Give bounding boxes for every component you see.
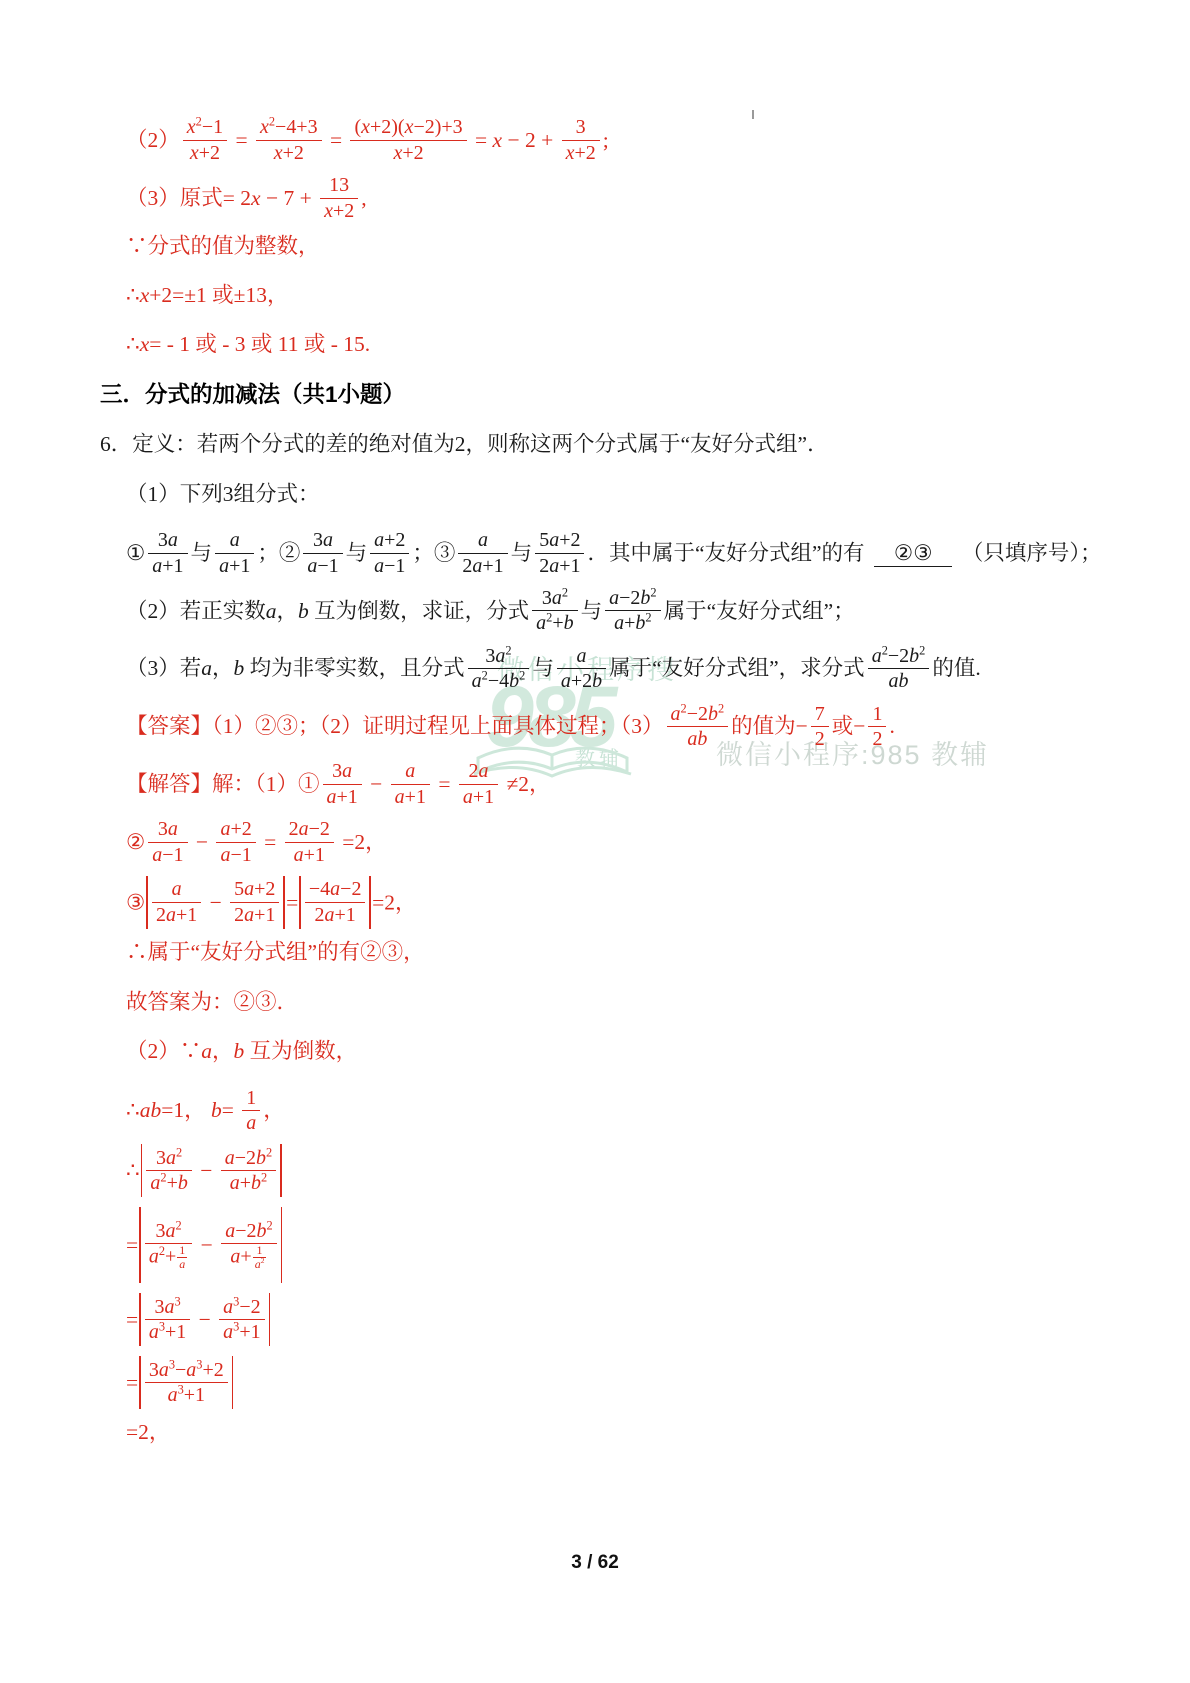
abs-value-bar	[281, 1207, 283, 1283]
sol-because-line: ∵分式的值为整数，	[100, 234, 1140, 259]
math-fraction: 3a2a2+b	[532, 587, 577, 635]
math-fraction: a+2a−1	[370, 529, 409, 577]
math-fraction: a2−2b2ab	[868, 645, 930, 693]
sol-part2-equation: （2）x2−1x+2 = x2−4+3x+2 = (x+2)(x−2)+3x+2…	[100, 118, 1140, 166]
math-fraction: 3a2a2−4b2	[468, 645, 530, 693]
math-fraction: 3a3−a3+2a3+1	[145, 1359, 228, 1407]
text-run: ∵分式的值为整数，	[126, 234, 320, 258]
explain2-abs-step1: ∴3a2a2+b − a−2b2a+b2	[100, 1146, 1140, 1199]
math-run: ;	[603, 128, 609, 152]
math-run: 的值为−	[731, 714, 808, 738]
content: （2）x2−1x+2 = x2−4+3x+2 = (x+2)(x−2)+3x+2…	[0, 0, 1190, 1446]
math-run: = 2x − 7 +	[223, 186, 317, 210]
answer-line: 【答案】（1）②③；（2）证明过程见上面具体过程；（3）a2−2b2ab的值为−…	[100, 704, 1140, 752]
explain2-because: （2）∵a，b 互为倒数，	[100, 1039, 1140, 1064]
explain2-abs-step3: =3a3a3+1 − a3−2a3+1	[100, 1295, 1140, 1348]
math-fraction: 2aa+1	[459, 760, 498, 808]
math-run: = x − 2 +	[470, 128, 559, 152]
abs-value-bar	[146, 876, 148, 929]
abs-value-bar	[283, 876, 285, 929]
sol-part3-equation: （3）原式= 2x − 7 + 13x+2,	[100, 176, 1140, 224]
math-run: =	[325, 128, 348, 152]
math-run: =	[259, 830, 282, 854]
abs-value-bar	[139, 1207, 141, 1283]
abs-value-bar	[299, 876, 301, 929]
math-run: =	[286, 890, 298, 914]
section-heading: 三．分式的加减法（共1小题）	[100, 382, 1140, 409]
math-run: ②	[126, 830, 145, 854]
explain-conclusion-1: ∴属于“友好分式组”的有②③，	[100, 940, 1140, 965]
math-run: （3）若a，b 均为非零实数，且分式	[126, 656, 465, 680]
abs-value-bar	[139, 1293, 141, 1346]
text-run: ∴属于“友好分式组”的有②③，	[126, 940, 425, 964]
text-run: （2）	[126, 128, 180, 152]
math-fraction: a2−2b2ab	[667, 703, 729, 751]
math-run: −	[193, 1307, 216, 1331]
math-fraction: a−2b2a+1a2	[221, 1220, 276, 1272]
math-fraction: a+2a−1	[216, 818, 255, 866]
text-run: 与	[191, 541, 213, 565]
math-fraction: 1a2	[253, 1244, 267, 1270]
problem6-q2: （2）若正实数a，b 互为倒数，求证，分式3a2a2+b与a−2b2a+b2属于…	[100, 589, 1140, 637]
text-run: 【答案】（1）②③；（2）证明过程见上面具体过程；（3）	[126, 714, 664, 738]
math-fraction: 3x+2	[562, 116, 600, 164]
math-run: −	[195, 1233, 218, 1257]
math-run: ∴x+2=±1 或±13，	[126, 283, 288, 307]
math-run: ，	[263, 1098, 285, 1122]
math-fraction: a2a+1	[458, 529, 507, 577]
math-fraction: aa+2b	[557, 645, 606, 693]
math-run: 属于“友好分式组”，求分式	[609, 656, 865, 680]
explain2-ab1: ∴ab=1， b= 1a，	[100, 1088, 1140, 1136]
math-run: −	[195, 1158, 218, 1182]
problem6-q1-fractions: ①3aa+1与aa+1；②3aa−1与a+2a−1；③a2a+1与5a+22a+…	[100, 531, 1140, 579]
text-run: 三．分式的加减法（共1小题）	[100, 382, 405, 407]
text-run: 与	[581, 599, 603, 623]
text-run: （1）下列3组分式：	[126, 482, 320, 506]
math-fraction: a−2b2a+b2	[605, 587, 660, 635]
problem6-statement: 6．定义：若两个分式的差的绝对值为2，则称这两个分式属于“友好分式组”．	[100, 432, 1140, 457]
explain-line-2: ②3aa−1 − a+2a−1 = 2a−2a+1 =2，	[100, 820, 1140, 868]
abs-value-bar	[280, 1144, 282, 1197]
math-run: ①	[126, 541, 145, 565]
abs-value-bar	[369, 876, 371, 929]
explain-conclusion-2: 故答案为：②③．	[100, 990, 1140, 1015]
math-run: =	[433, 772, 456, 796]
math-run: ∴ab=1， b=	[126, 1098, 239, 1122]
math-run: −	[365, 772, 388, 796]
math-fraction: 3aa−1	[148, 818, 187, 866]
math-fraction: 13x+2	[320, 174, 358, 222]
explain-line-3: ③a2a+1 − 5a+22a+1=−4a−22a+1=2，	[100, 878, 1140, 931]
math-fraction: 3a2a2+1a	[145, 1220, 192, 1272]
math-run: ；③	[412, 541, 455, 565]
math-run: .	[889, 714, 894, 738]
math-fraction: aa+1	[391, 760, 430, 808]
math-fraction: 5a+22a+1	[230, 878, 279, 926]
math-fraction: x2−4+3x+2	[256, 116, 322, 164]
math-fraction: a2a+1	[152, 878, 201, 926]
math-run: =2，	[126, 1420, 170, 1444]
math-fraction: a3−2a3+1	[219, 1296, 264, 1344]
math-run: =2，	[337, 830, 387, 854]
math-run: ≠2，	[501, 772, 550, 796]
explain2-result: =2，	[100, 1420, 1140, 1445]
text-run: 【解答】解：（1）①	[126, 772, 320, 796]
math-fraction: 1a	[177, 1244, 187, 1270]
math-run: （2）∵a，b 互为倒数，	[126, 1039, 357, 1063]
math-run: 6．定义：若两个分式的差的绝对值为2，则称这两个分式属于“友好分式组”．	[100, 432, 829, 456]
problem6-q3: （3）若a，b 均为非零实数，且分式3a2a2−4b2与aa+2b属于“友好分式…	[100, 646, 1140, 694]
problem6-q1-label: （1）下列3组分式：	[100, 482, 1140, 507]
abs-value-bar	[232, 1356, 234, 1409]
explain-line-1: 【解答】解：（1）①3aa+1 − aa+1 = 2aa+1 ≠2，	[100, 762, 1140, 810]
answer-blank: ②③	[874, 541, 953, 567]
math-run: 或−	[832, 714, 866, 738]
math-run: −	[191, 830, 214, 854]
math-run: =2，	[372, 890, 416, 914]
math-run: =	[126, 1307, 138, 1331]
sol-therefore-line-2: ∴x= - 1 或 - 3 或 11 或 - 15.	[100, 332, 1140, 357]
math-run: ；②	[257, 541, 300, 565]
math-run: ．其中属于“友好分式组”的有	[587, 541, 869, 565]
math-fraction: aa+1	[215, 529, 254, 577]
math-fraction: a−2b2a+b2	[221, 1147, 276, 1195]
explain2-abs-step2: =3a2a2+1a − a−2b2a+1a2	[100, 1209, 1140, 1285]
text-run: （只填序号）；	[956, 541, 1101, 565]
math-fraction: 1a	[242, 1087, 260, 1135]
math-run: ∴x= - 1 或 - 3 或 11 或 - 15.	[126, 332, 370, 356]
math-run: =	[126, 1233, 138, 1257]
math-fraction: 3aa−1	[303, 529, 342, 577]
sol-therefore-line-1: ∴x+2=±1 或±13，	[100, 283, 1140, 308]
math-run: ∴	[126, 1158, 140, 1182]
math-fraction: 3a3a3+1	[145, 1296, 190, 1344]
math-run: =	[126, 1370, 138, 1394]
math-fraction: 2a−2a+1	[285, 818, 334, 866]
text-run: 与	[346, 541, 368, 565]
math-fraction: 5a+22a+1	[535, 529, 584, 577]
text-run: 故答案为：②③．	[126, 990, 298, 1014]
math-run: 属于“友好分式组”；	[664, 599, 855, 623]
math-fraction: x2−1x+2	[183, 116, 227, 164]
math-fraction: (x+2)(x−2)+3x+2	[350, 116, 466, 164]
explain2-abs-step4: =3a3−a3+2a3+1	[100, 1358, 1140, 1411]
abs-value-bar	[141, 1144, 143, 1197]
math-run: 的值.	[932, 656, 980, 680]
math-run: （2）若正实数a，b 互为倒数，求证，分式	[126, 599, 529, 623]
math-run: ,	[361, 186, 366, 210]
math-fraction: 72	[811, 703, 829, 751]
math-fraction: 12	[868, 703, 886, 751]
math-fraction: 3aa+1	[323, 760, 362, 808]
math-fraction: −4a−22a+1	[305, 878, 366, 926]
abs-value-bar	[139, 1356, 141, 1409]
math-run: −	[204, 890, 227, 914]
text-run: 与	[532, 656, 554, 680]
text-run: 与	[511, 541, 533, 565]
math-fraction: 3aa+1	[148, 529, 187, 577]
abs-value-bar	[269, 1293, 271, 1346]
page: 微信小程序搜 985 教辅 微信小程序:985 教辅 （2）x2−1x+2 = …	[0, 0, 1190, 1446]
math-run: =	[230, 128, 253, 152]
page-number: 3 / 62	[0, 1552, 1190, 1574]
text-run: （3）原式	[126, 186, 223, 210]
math-run: ③	[126, 890, 145, 914]
math-fraction: 3a2a2+b	[146, 1147, 191, 1195]
